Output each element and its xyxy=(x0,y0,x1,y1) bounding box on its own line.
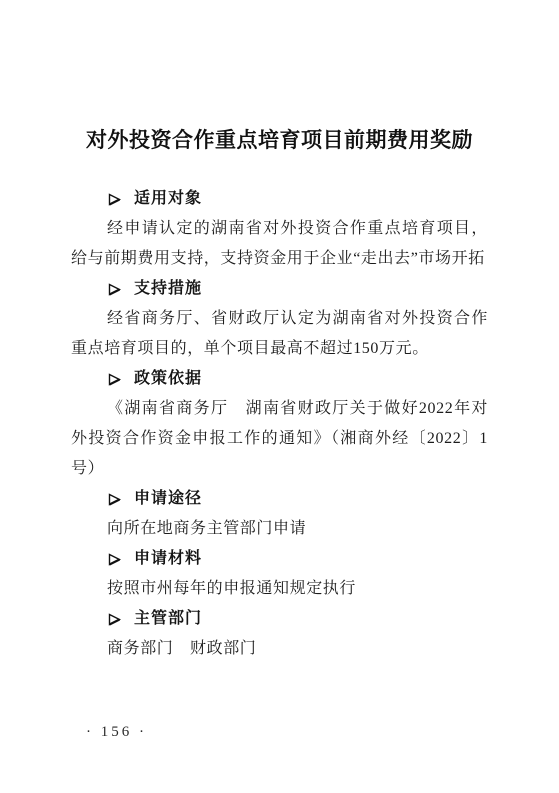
section-heading: 申请途径 xyxy=(71,484,488,514)
section-heading: 支持措施 xyxy=(71,274,488,304)
section-heading: 适用对象 xyxy=(71,184,488,214)
arrowhead-bullet-icon xyxy=(107,193,121,206)
section-heading: 主管部门 xyxy=(71,604,488,634)
page-number: · 156 · xyxy=(86,724,147,741)
section-heading: 申请材料 xyxy=(71,544,488,574)
section-paragraph: 按照市州每年的申报通知规定执行 xyxy=(71,574,488,604)
arrowhead-bullet-icon xyxy=(107,493,121,506)
arrowhead-bullet-icon xyxy=(107,613,121,626)
section-heading-label: 主管部门 xyxy=(134,604,202,634)
arrowhead-bullet-icon xyxy=(107,553,121,566)
section-heading-label: 申请途径 xyxy=(134,484,202,514)
section-heading-label: 政策依据 xyxy=(134,364,202,394)
arrowhead-bullet-icon xyxy=(107,283,121,296)
section-paragraph: 《湖南省商务厅 湖南省财政厅关于做好2022年对外投资合作资金申报工作的通知》（… xyxy=(71,394,488,484)
page-content: 适用对象 经申请认定的湖南省对外投资合作重点培育项目，给与前期费用支持，支持资金… xyxy=(71,184,488,664)
section-paragraph: 向所在地商务主管部门申请 xyxy=(71,514,488,544)
section-paragraph: 经申请认定的湖南省对外投资合作重点培育项目，给与前期费用支持，支持资金用于企业“… xyxy=(71,214,488,274)
arrowhead-bullet-icon xyxy=(107,373,121,386)
section-heading-label: 适用对象 xyxy=(134,184,202,214)
section-heading-label: 申请材料 xyxy=(134,544,202,574)
document-page: 对外投资合作重点培育项目前期费用奖励 适用对象 经申请认定的湖南省对外投资合作重… xyxy=(0,0,559,793)
section-heading: 政策依据 xyxy=(71,364,488,394)
section-paragraph: 经省商务厅、省财政厅认定为湖南省对外投资合作重点培育项目的，单个项目最高不超过1… xyxy=(71,304,488,364)
section-heading-label: 支持措施 xyxy=(134,274,202,304)
section-paragraph: 商务部门 财政部门 xyxy=(71,634,488,664)
page-title: 对外投资合作重点培育项目前期费用奖励 xyxy=(0,126,559,155)
